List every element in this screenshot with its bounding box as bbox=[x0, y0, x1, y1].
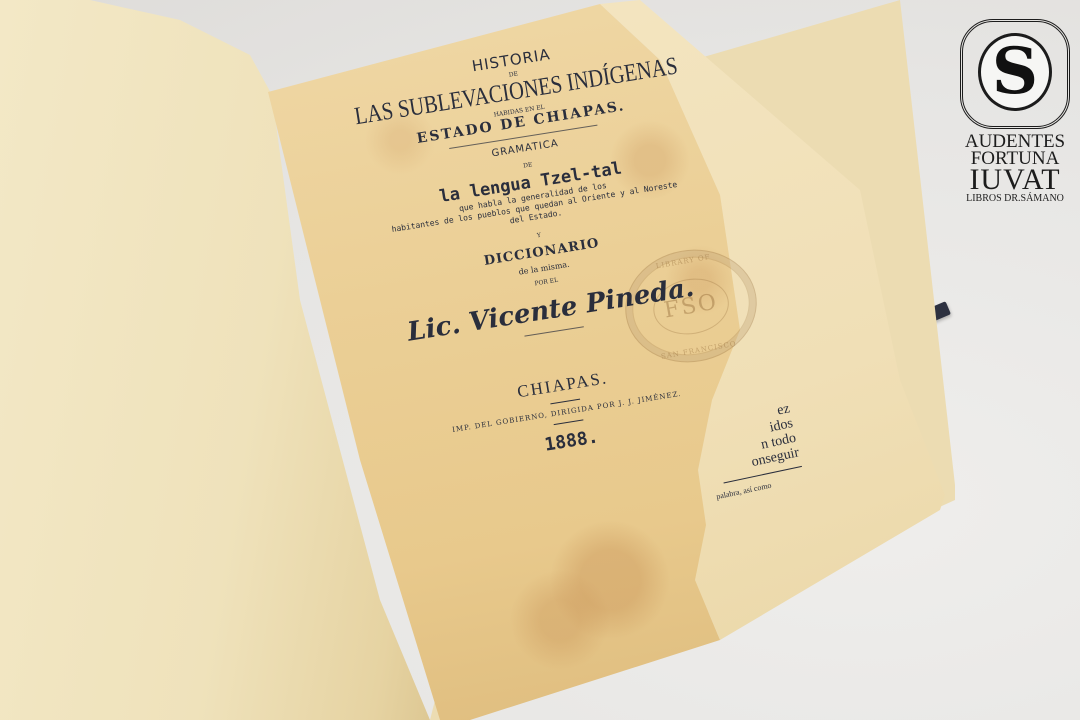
logo-brand: LIBROS DR.SÁMANO bbox=[955, 193, 1075, 205]
short-rule-2 bbox=[554, 419, 584, 425]
short-rule bbox=[550, 399, 580, 405]
underlying-page-text: ez idos n todo onseguir palabra, así com… bbox=[700, 401, 806, 504]
logo-letter-s-icon: S bbox=[992, 40, 1038, 104]
logo-emblem: S bbox=[960, 15, 1070, 133]
logo-motto-line3: IUVAT bbox=[955, 167, 1075, 193]
logo-circle: S bbox=[978, 33, 1052, 111]
seller-logo: S AUDENTES FORTUNA IUVAT LIBROS DR.SÁMAN… bbox=[955, 15, 1075, 220]
title-page-text: HISTORIA DE LAS SUBLEVACIONES INDÍGENAS … bbox=[290, 1, 790, 486]
